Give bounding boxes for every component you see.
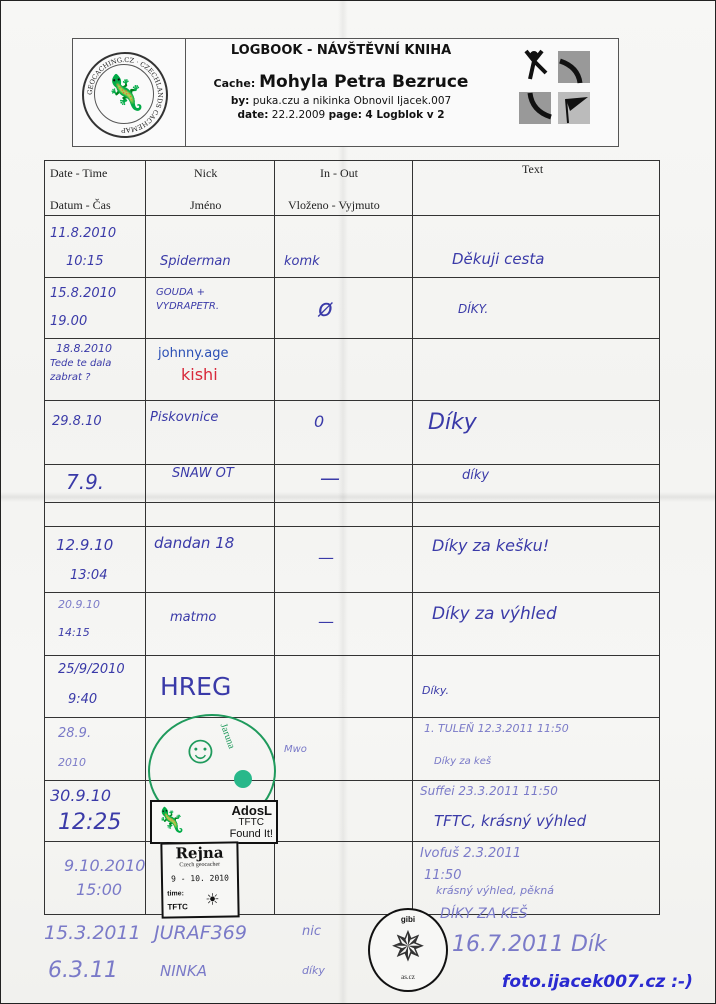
logbook-title: LOGBOOK - NÁVŠTĚVNÍ KNIHA (185, 43, 497, 58)
entry-inout: komk (284, 254, 320, 269)
grid-line (44, 502, 660, 503)
column-header-nick-cz: Jméno (190, 198, 221, 213)
entry-date: 9.10.2010 (64, 856, 145, 875)
entry-date: 7.9. (66, 470, 104, 494)
grid-line (44, 160, 45, 915)
entry-date: 11.8.2010 (50, 226, 116, 241)
entry-text-2: Díky za keš (434, 756, 491, 767)
grid-line (44, 655, 660, 656)
footer-entry-text: DÍKY ZA KEŠ (440, 906, 528, 922)
footer-entry-text: 16.7.2011 Dík (452, 932, 607, 957)
entry-text: Děkuji cesta (452, 250, 544, 268)
entry-text-2: TFTC, krásný výhled (434, 812, 586, 830)
column-header-inout-cz: Vloženo - Vyjmuto (288, 198, 380, 213)
entry-nick: Spiderman (160, 254, 231, 269)
column-header-date: Date - Time (50, 166, 107, 181)
logbook-header: GEOCACHING.CZ · CZECHLANDS CACHEMAP 🦎 LO… (72, 38, 498, 147)
grid-line (44, 717, 660, 718)
page-label: page: (329, 109, 362, 121)
rejna-time-label: time: (167, 890, 184, 897)
geocaching-seal: GEOCACHING.CZ · CZECHLANDS CACHEMAP 🦎 (82, 52, 168, 138)
entry-text: Díky za výhled (432, 604, 557, 624)
entry-text: Díky (428, 410, 477, 435)
grid-line (44, 914, 660, 915)
entry-nick: GOUDA + VYDRAPETR. (156, 286, 256, 314)
sun-icon: ☀ (205, 890, 220, 910)
entry-nick: dandan 18 (154, 534, 234, 552)
rejna-date: 9 - 10. 2010 (163, 873, 237, 883)
entry-date: 15.8.2010 (50, 286, 116, 301)
entry-inout: ø (318, 294, 333, 322)
entry-text: Suffei 23.3.2011 11:50 (420, 784, 558, 798)
page-value: 4 Logblok v 2 (365, 109, 444, 121)
footer-entry-inout: díky (302, 964, 325, 977)
grid-line (44, 400, 660, 401)
entry-text: DÍKY. (458, 302, 488, 316)
adosl-tftc: TFTC (238, 817, 264, 828)
entry-nick: Piskovnice (150, 410, 218, 425)
grid-line (44, 464, 660, 465)
log-table: Date - Time Datum - Čas Nick Jméno In - … (44, 160, 660, 915)
entry-date: 29.8.10 (52, 414, 102, 429)
entry-time: 2010 (58, 756, 86, 769)
column-header-nick: Nick (194, 166, 217, 181)
adosl-found: Found It! (230, 828, 273, 840)
grid-line (44, 215, 660, 216)
rejna-name: Rejna (162, 843, 236, 862)
entry-time: 9:40 (68, 692, 97, 707)
lizard-icon: 🦎 (156, 806, 186, 836)
entry-inout: — (318, 548, 334, 567)
footer-entry-inout: nic (302, 924, 321, 939)
column-header-date-cz: Datum - Čas (50, 198, 111, 213)
grid-line (145, 160, 146, 915)
cache-name: Mohyla Petra Bezruce (259, 72, 468, 92)
entry-note: Tede te dala zabrat ? (50, 357, 142, 385)
entry-text: Díky za kešku! (432, 536, 549, 555)
cache-line: Cache: Mohyla Petra Bezruce (185, 72, 497, 92)
entry-date: 20.9.10 (58, 598, 100, 611)
grid-line (44, 277, 660, 278)
entry-text: 1. TULEŇ 12.3.2011 11:50 (424, 722, 569, 735)
photo-watermark: foto.ijacek007.cz :-) (502, 972, 693, 992)
adosl-name: AdosL (232, 803, 272, 818)
rejna-subtitle: Czech geocacher (163, 861, 237, 868)
entry-time: 13:04 (70, 568, 107, 583)
footer-entry-date: 15.3.2011 (44, 922, 141, 944)
by-line: by: puka.czu a nikinka Obnovil Ijacek.00… (185, 95, 497, 107)
date-label: date: (237, 109, 268, 121)
entry-nick: HREG (160, 672, 231, 701)
grid-line (44, 841, 660, 842)
entry-time: 14:15 (58, 626, 90, 639)
entry-date: 18.8.2010 (56, 342, 112, 355)
entry-inout: — (320, 466, 340, 490)
adosl-stamp: 🦎 AdosL TFTC Found It! (150, 800, 278, 844)
footer-entry-date: 6.3.11 (48, 958, 118, 983)
column-header-text: Text (522, 162, 543, 177)
cache-label: Cache: (214, 77, 256, 90)
entry-date: 25/9/2010 (58, 662, 125, 677)
grid-line (412, 160, 413, 915)
date-value: 22.2.2009 (272, 109, 325, 121)
entry-text: Ivofuš 2.3.2011 (420, 846, 521, 861)
entry-inout: Mwo (284, 744, 307, 755)
entry-nick: SNAW OT (172, 466, 234, 481)
entry-text: díky (462, 468, 489, 483)
entry-time: 15:00 (76, 880, 122, 899)
entry-text-3: krásný výhled, pěkná (436, 884, 554, 897)
column-header-inout: In - Out (320, 166, 358, 181)
geocaching-logo-icon (496, 39, 618, 146)
compass-star-icon: ✵ (370, 926, 446, 970)
entry-inout: — (318, 612, 334, 631)
entry-date: 28.9. (58, 726, 91, 741)
by-label: by: (231, 95, 250, 107)
gibi-stamp: gibi ✵ as.cz (368, 908, 448, 992)
entry-date: 12.9.10 (56, 536, 113, 554)
entry-text: Díky. (422, 684, 449, 697)
gibi-bottom-text: as.cz (370, 973, 446, 981)
gibi-top-text: gibi (370, 915, 446, 924)
entry-inout: 0 (314, 412, 324, 431)
grid-line (44, 338, 660, 339)
grid-line (44, 526, 660, 527)
date-line: date: 22.2.2009 page: 4 Logblok v 2 (185, 109, 497, 121)
entry-time: 19.00 (50, 314, 87, 329)
entry-time: 12:25 (58, 810, 121, 835)
entry-time: 10:15 (66, 254, 103, 269)
grid-line (44, 160, 660, 161)
entry-nick-sticker: johnny.age (158, 346, 228, 361)
footer-entry-nick: JURAF369 (154, 922, 247, 944)
ball-icon (234, 770, 252, 788)
entry-nick: matmo (170, 610, 216, 625)
entry-date: 30.9.10 (50, 786, 111, 805)
geocaching-logo-cell (496, 38, 619, 147)
seal-cell: GEOCACHING.CZ · CZECHLANDS CACHEMAP 🦎 (73, 39, 186, 146)
entry-nick-sticker-2: kishi (181, 365, 218, 384)
grid-line (44, 780, 660, 781)
entry-text-2: 11:50 (424, 868, 461, 883)
by-value: puka.czu a nikinka Obnovil Ijacek.007 (253, 95, 451, 107)
lizard-icon: 🦎 (104, 76, 144, 112)
footer-entry-nick: NINKA (160, 962, 207, 980)
grid-line (44, 592, 660, 593)
rejna-tftc: TFTC (167, 902, 188, 911)
grid-line (659, 160, 660, 915)
rejna-stamp: Rejna Czech geocacher 9 - 10. 2010 time:… (160, 841, 239, 918)
jellyfish-icon: ☺ (180, 728, 221, 772)
